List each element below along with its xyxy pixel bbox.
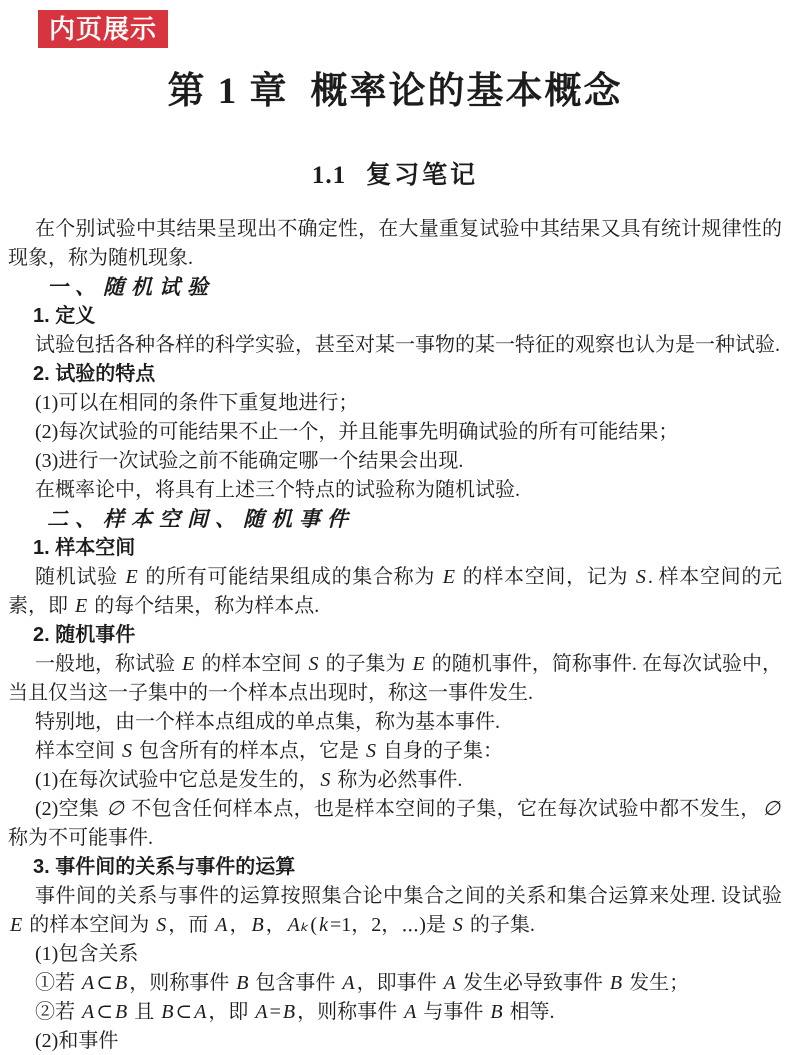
bold-heading: 3. 事件间的关系与事件的运算 — [8, 853, 782, 882]
page: { "page": { "background": "#ffffff", "te… — [0, 0, 790, 1055]
paragraph: 随机试验 E 的所有可能结果组成的集合称为 E 的样本空间，记为 S. 样本空间… — [8, 563, 782, 621]
paragraph: (1)可以在相同的条件下重复地进行； — [8, 389, 782, 418]
chapter-number: 第 1 章 — [168, 71, 289, 112]
paragraph: ①若 A⊂B，则称事件 B 包含事件 A，即事件 A 发生必导致事件 B 发生； — [8, 969, 782, 998]
chapter-title: 第 1 章概率论的基本概念 — [0, 70, 790, 114]
section-number: 1.1 — [312, 162, 346, 189]
paragraph: 特别地，由一个样本点组成的单点集，称为基本事件. — [8, 708, 782, 737]
script-heading: 二、样本空间、随机事件 — [8, 505, 782, 534]
bold-heading: 1. 样本空间 — [8, 534, 782, 563]
paragraph: ②若 A⊂B 且 B⊂A，即 A=B，则称事件 A 与事件 B 相等. — [8, 998, 782, 1027]
section-name: 复习笔记 — [366, 161, 478, 189]
section-title: 1.1复习笔记 — [0, 160, 790, 191]
inner-page-badge: 内页展示 — [38, 10, 168, 48]
paragraph: 事件间的关系与事件的运算按照集合论中集合之间的关系和集合运算来处理. 设试验 E… — [8, 882, 782, 940]
script-heading: 一、随机试验 — [8, 273, 782, 302]
paragraph: 样本空间 S 包含所有的样本点，它是 S 自身的子集： — [8, 737, 782, 766]
paragraph: (2)每次试验的可能结果不止一个，并且能事先明确试验的所有可能结果； — [8, 418, 782, 447]
bold-heading: 2. 随机事件 — [8, 621, 782, 650]
paragraph: 在概率论中，将具有上述三个特点的试验称为随机试验. — [8, 476, 782, 505]
paragraph: 在个别试验中其结果呈现出不确定性，在大量重复试验中其结果又具有统计规律性的现象，… — [8, 215, 782, 273]
inner-page-badge-label: 内页展示 — [49, 14, 157, 44]
paragraph: 一般地，称试验 E 的样本空间 S 的子集为 E 的随机事件，简称事件. 在每次… — [8, 650, 782, 708]
paragraph: 试验包括各种各样的科学实验，甚至对某一事物的某一特征的观察也认为是一种试验. — [8, 331, 782, 360]
paragraph: (1)在每次试验中它总是发生的，S 称为必然事件. — [8, 766, 782, 795]
paragraph: (1)包含关系 — [8, 940, 782, 969]
paragraph: (3)进行一次试验之前不能确定哪一个结果会出现. — [8, 447, 782, 476]
paragraph: (2)和事件 — [8, 1027, 782, 1055]
bold-heading: 1. 定义 — [8, 302, 782, 331]
paragraph: (2)空集 ∅ 不包含任何样本点，也是样本空间的子集，它在每次试验中都不发生，∅… — [8, 795, 782, 853]
bold-heading: 2. 试验的特点 — [8, 360, 782, 389]
chapter-name: 概率论的基本概念 — [311, 71, 623, 112]
content: 在个别试验中其结果呈现出不确定性，在大量重复试验中其结果又具有统计规律性的现象，… — [8, 215, 782, 1055]
